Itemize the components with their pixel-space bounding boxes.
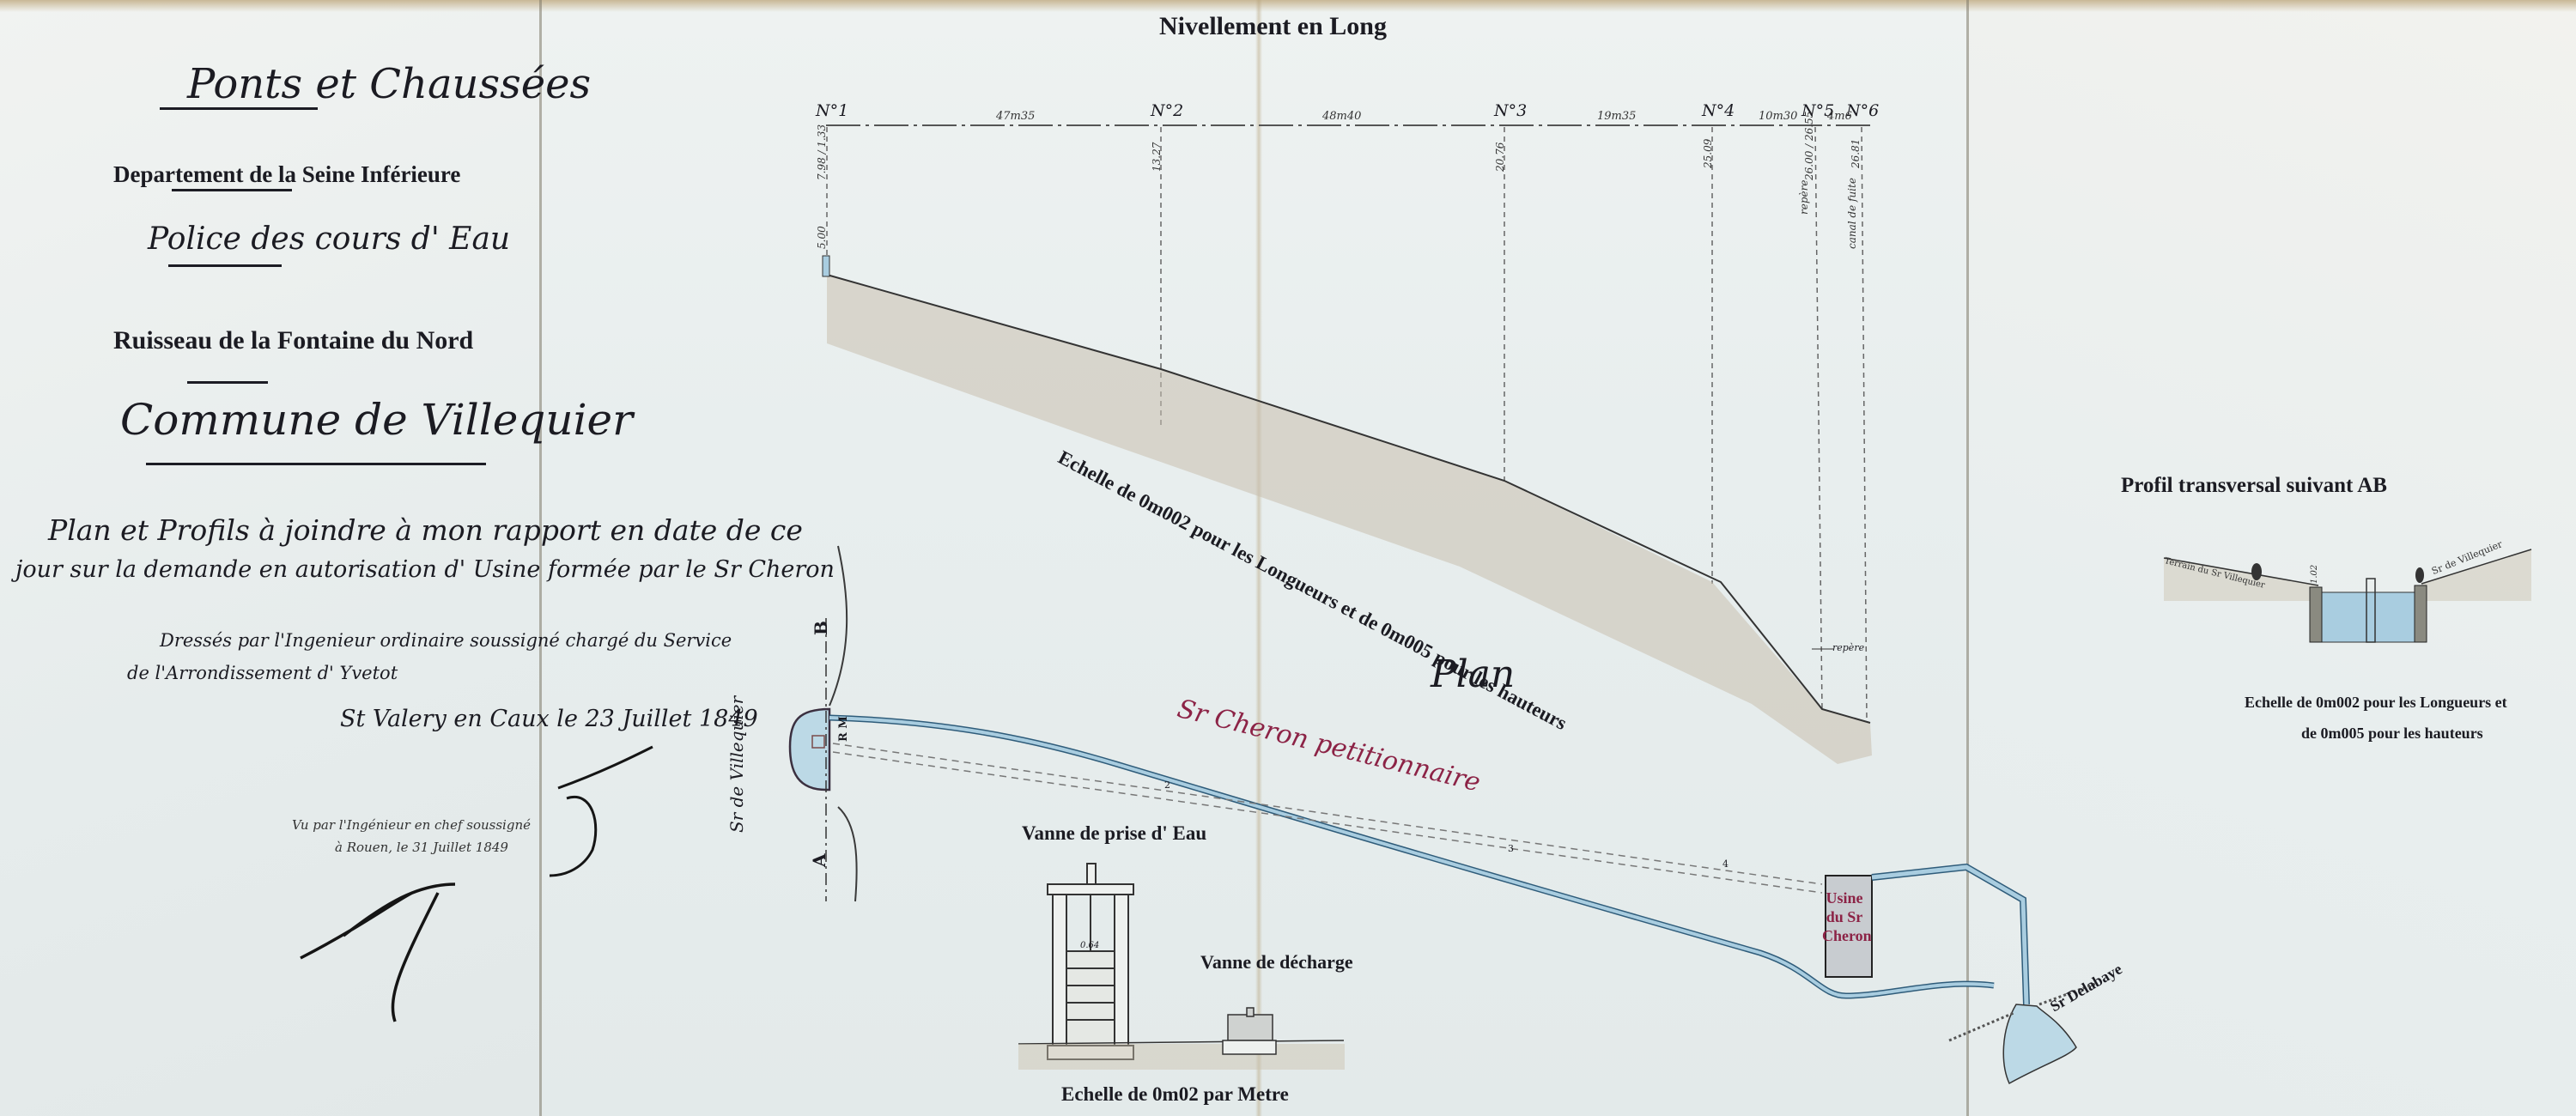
description-line-1: Plan et Profils à joindre à mon rapport … — [48, 513, 803, 547]
bank-delabaye-left — [1949, 1013, 2014, 1040]
discharge-gate-drawing — [1223, 1008, 1276, 1054]
station-elevation: 20.76 — [1494, 143, 1506, 172]
cross-section-depth: 1.02 — [2310, 565, 2319, 584]
cross-section-title: Profil transversal suivant AB — [2121, 474, 2387, 498]
divider-rule — [160, 107, 318, 110]
station-label: N°1 — [816, 101, 848, 120]
profile-terrain-wash — [827, 275, 1872, 764]
approval-line-2: à Rouen, le 31 Juillet 1849 — [335, 840, 508, 855]
cross-section-scale-line-1: Echelle de 0m002 pour les Longueurs et — [2245, 694, 2507, 712]
longitudinal-profile-title: Nivellement en Long — [1159, 12, 1387, 41]
station-elevation: 26.00 / 26.55 — [1803, 112, 1815, 180]
station-bottom-note: 5.00 — [816, 226, 828, 249]
distance-label: 47m35 — [996, 110, 1035, 123]
station-elevation: 25.09 — [1702, 139, 1714, 168]
station-note: repère — [1798, 180, 1810, 215]
downstream-basin — [2003, 1004, 2076, 1083]
organisation-title: Ponts et Chaussées — [187, 60, 591, 108]
plan-title: Plan — [1431, 652, 1515, 696]
discharge-gate-title: Vanne de décharge — [1200, 951, 1353, 973]
gate-ground-wash — [1018, 1044, 1345, 1070]
service-title: Police des cours d' Eau — [148, 221, 510, 257]
plan-point: 3 — [1508, 843, 1514, 854]
department-title: Departement de la Seine Inférieure — [113, 161, 460, 188]
section-point-a: A — [809, 853, 829, 867]
divider-rule — [168, 264, 282, 267]
boundary-dashed-2 — [833, 752, 1822, 893]
divider-rule — [172, 189, 292, 191]
station-elevation: 7.98 / 1.33 — [816, 124, 828, 180]
station-label: N°2 — [1151, 101, 1183, 120]
cross-section-scale-line-2: de 0m005 pour les hauteurs — [2301, 725, 2483, 743]
divider-rule — [146, 463, 486, 465]
station-elevation: 26.81 — [1850, 139, 1862, 168]
engineer-signature — [550, 747, 653, 876]
section-point-b: B — [811, 621, 831, 635]
reference-mark-label: repère — [1832, 642, 1864, 653]
station-label: N°4 — [1702, 101, 1735, 120]
tree-right — [2415, 567, 2424, 583]
mill-label: Usine du Sr Cheron — [1822, 889, 1867, 945]
approval-line-1: Vu par l'Ingénieur en chef soussigné — [292, 817, 531, 833]
intake-gate-drawing — [1048, 864, 1133, 1059]
bank-lower — [838, 807, 857, 901]
description-line-2: jour sur la demande en autorisation d' U… — [15, 556, 835, 583]
gates-scale-note: Echelle de 0m02 par Metre — [1061, 1083, 1289, 1106]
cross-section-water — [2318, 592, 2421, 642]
divider-rule — [187, 381, 268, 384]
plan-point: 2 — [1164, 779, 1170, 791]
boundary-dashed-1 — [833, 743, 1822, 884]
chief-engineer-signature — [301, 884, 455, 1022]
intake-gate-width: 0.64 — [1080, 941, 1099, 950]
distance-label: 4m6 — [1827, 110, 1852, 123]
distance-label: 48m40 — [1322, 110, 1361, 123]
drawn-by-line-2: de l'Arrondissement d' Yvetot — [127, 663, 398, 683]
watercourse-title: Ruisseau de la Fontaine du Nord — [113, 326, 473, 355]
right-masonry-wall — [2415, 585, 2427, 642]
intake-gate-title: Vanne de prise d' Eau — [1022, 822, 1206, 845]
distance-label: 10m30 — [1759, 110, 1797, 123]
place-date: St Valery en Caux le 23 Juillet 1849 — [340, 706, 758, 732]
left-masonry-wall — [2310, 587, 2322, 642]
drawn-by-line-1: Dressés par l'Ingenieur ordinaire soussi… — [160, 630, 732, 651]
station-label: N°3 — [1494, 101, 1527, 120]
pond — [790, 709, 829, 790]
station-elevation: 13.27 — [1151, 143, 1163, 172]
plan-point: 4 — [1722, 858, 1728, 870]
profile-water-gauge — [823, 256, 829, 276]
commune-title: Commune de Villequier — [120, 395, 633, 445]
left-owner-label: Sr de Villequier — [726, 696, 747, 833]
distance-label: 19m35 — [1597, 110, 1636, 123]
section-point-rm: R M — [837, 716, 850, 742]
station-note: canal de fuite — [1846, 178, 1858, 249]
